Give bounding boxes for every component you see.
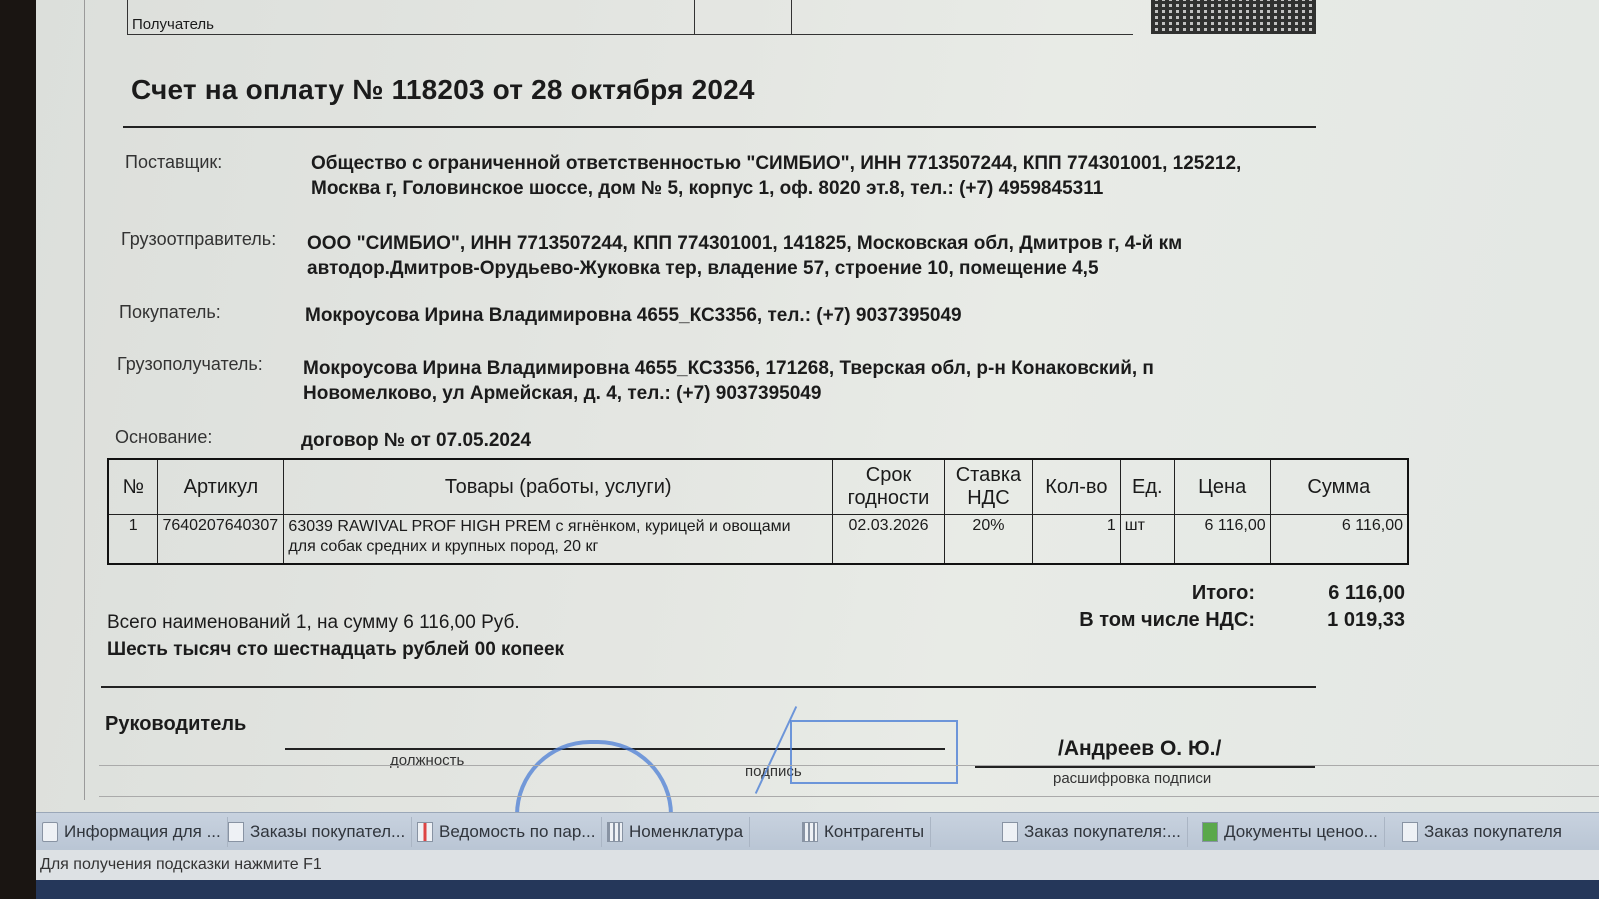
divider [694,0,695,34]
col-sum: Сумма [1270,459,1408,515]
col-vat-line2: НДС [949,487,1028,510]
col-vat: Ставка НДС [944,459,1032,515]
total-value: 6 116,00 [1328,582,1405,605]
cell-goods-line2: для собак средних и крупных пород, 20 кг [288,537,828,557]
supplier-line2: Москва г, Головинское шоссе, дом № 5, ко… [311,177,1103,201]
tab-label: Контрагенты [824,822,924,842]
col-price: Цена [1174,459,1270,515]
shipper-line1: ООО "СИМБИО", ИНН 7713507244, КПП 774301… [307,232,1182,256]
document-icon [1402,822,1418,842]
summary-count: Всего наименований 1, на сумму 6 116,00 … [107,612,520,634]
col-qty: Кол-во [1032,459,1120,515]
invoice-document: Получатель Счет на оплату № 118203 от 28… [84,0,1599,800]
consignee-label: Грузополучатель: [117,354,263,375]
cell-goods: 63039 RAWIVAL PROF HIGH PREM с ягнёнком,… [284,515,833,565]
total-label: Итого: [1192,582,1255,605]
col-sku: Артикул [158,459,284,515]
status-bar: Для получения подсказки нажмите F1 [36,850,1599,880]
green-doc-icon [1202,822,1218,842]
tab-label: Документы ценоо... [1224,822,1378,842]
vat-value: 1 019,33 [1327,609,1405,632]
items-table: № Артикул Товары (работы, услуги) Срок г… [107,458,1409,565]
signature-role: Руководитель [105,713,246,736]
shipper-line2: автодор.Дмитров-Орудьево-Жуковка тер, вл… [307,257,1099,281]
document-icon [1002,822,1018,842]
buyer-label: Покупатель: [119,302,221,323]
consignee-line1: Мокроусова Ирина Владимировна 4655_КС335… [303,357,1154,381]
status-hint: Для получения подсказки нажмите F1 [40,856,322,874]
recipient-label: Получатель [132,16,214,33]
tab-nomenclature[interactable]: Номенклатура [601,817,750,847]
basis-label: Основание: [115,427,212,448]
document-icon [228,822,244,842]
table-row: 1 7640207640307 63039 RAWIVAL PROF HIGH … [108,515,1408,565]
table-header-row: № Артикул Товары (работы, услуги) Срок г… [108,459,1408,515]
signatory-name: /Андреев О. Ю./ [1058,737,1221,761]
title-divider [123,126,1316,128]
os-taskbar [36,880,1599,899]
vat-row: В том числе НДС: 1 019,33 [1045,609,1405,636]
tab-customer-orders[interactable]: Заказы покупател... [222,817,412,847]
totals-block: Итого: 6 116,00 В том числе НДС: 1 019,3… [1045,582,1405,636]
tab-info[interactable]: Информация для ... [36,817,228,847]
tab-pricing-documents[interactable]: Документы ценоо... [1196,817,1385,847]
cell-expiry: 02.03.2026 [833,515,945,565]
cell-goods-line1: 63039 RAWIVAL PROF HIGH PREM с ягнёнком,… [288,517,828,537]
summary-amount-words: Шесть тысяч сто шестнадцать рублей 00 ко… [107,639,564,661]
list-icon [607,822,623,842]
total-row: Итого: 6 116,00 [1045,582,1405,609]
tab-customer-order-2[interactable]: Заказ покупателя [1396,817,1568,847]
col-goods: Товары (работы, услуги) [284,459,833,515]
tab-label: Заказ покупателя [1424,822,1562,842]
tab-counterparties[interactable]: Контрагенты [796,817,931,847]
shipper-label: Грузоотправитель: [121,229,276,250]
col-vat-line1: Ставка [949,464,1028,487]
horizontal-scrollbar[interactable] [99,765,1599,797]
recipient-box: Получатель [127,0,1133,35]
cell-num: 1 [108,515,158,565]
cell-sum: 6 116,00 [1270,515,1408,565]
tab-label: Ведомость по пар... [439,822,595,842]
supplier-label: Поставщик: [125,152,222,173]
divider [791,0,792,34]
invoice-title: Счет на оплату № 118203 от 28 октября 20… [131,74,755,106]
tab-customer-order[interactable]: Заказ покупателя:... [996,817,1188,847]
consignee-line2: Новомелково, ул Армейская, д. 4, тел.: (… [303,382,821,406]
cell-sku: 7640207640307 [158,515,284,565]
tab-label: Номенклатура [629,822,743,842]
cell-qty: 1 [1032,515,1120,565]
info-icon [42,822,58,842]
cell-unit: шт [1120,515,1174,565]
basis-value: договор № от 07.05.2024 [301,429,531,453]
window-tabs-bar: Информация для ... Заказы покупател... В… [36,812,1599,851]
screen: Получатель Счет на оплату № 118203 от 28… [36,0,1599,899]
buyer-line1: Мокроусова Ирина Владимировна 4655_КС335… [305,304,962,328]
tab-label: Заказ покупателя:... [1024,822,1181,842]
cell-vat: 20% [944,515,1032,565]
col-num: № [108,459,158,515]
col-expiry-line2: годности [837,487,940,510]
qr-code-icon [1151,0,1316,34]
chart-icon [417,822,433,842]
col-expiry: Срок годности [833,459,945,515]
col-expiry-line1: Срок [837,464,940,487]
tab-label: Заказы покупател... [250,822,405,842]
tab-label: Информация для ... [64,822,221,842]
tab-statement[interactable]: Ведомость по пар... [411,817,602,847]
col-unit: Ед. [1120,459,1174,515]
signature-divider [101,686,1316,688]
list-icon [802,822,818,842]
vat-label: В том числе НДС: [1079,609,1255,632]
supplier-line1: Общество с ограниченной ответственностью… [311,152,1241,176]
cell-price: 6 116,00 [1174,515,1270,565]
